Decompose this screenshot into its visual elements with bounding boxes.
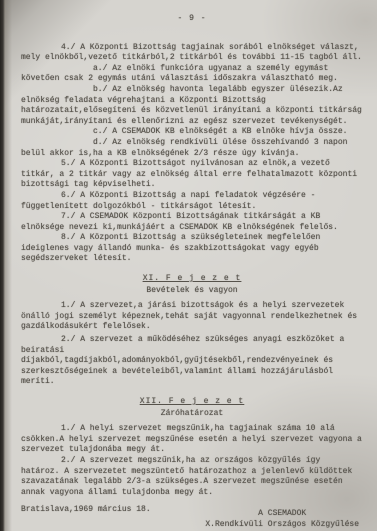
paragraph-4a: a./ Az elnöki funkcióra ugyanaz a személ… — [21, 64, 363, 85]
paragraph-4b: b./ Az elnökség havonta legalább egyszer… — [21, 85, 363, 127]
signature-organization: A CSEMADOK — [205, 509, 359, 520]
chapter-xi-paragraph-1: 1./ A szervezet,a járási bizottságok és … — [21, 301, 363, 333]
scanned-document-page: - 9 - 4./ A Központi Bizottság tagjainak… — [0, 0, 377, 531]
signature-block: A CSEMADOK X.Rendkívüli Országos Közgyűl… — [205, 505, 359, 530]
paragraph-6: 6./ A Központi Bizottság a napi feladato… — [21, 191, 363, 212]
paragraph-7: 7./ A CSEMADOK Központi Bizottságának ti… — [21, 212, 363, 233]
paragraph-5: 5./ A Központi Bizottságot nyilvánosan a… — [21, 159, 363, 191]
chapter-xii-heading: XII. F e j e z e t — [21, 397, 363, 408]
dateline: Bratislava,1969 március 18. — [21, 505, 151, 516]
chapter-xii-subheading: Záróhatározat — [21, 409, 363, 420]
chapter-xi-subheading: Bevételek és vagyon — [21, 286, 363, 297]
signature-body: X.Rendkívüli Országos Közgyűlése — [205, 520, 359, 531]
chapter-xi-heading: XI. F e j e z e t — [21, 274, 363, 285]
document-footer: Bratislava,1969 március 18. A CSEMADOK X… — [21, 505, 363, 530]
paragraph-4c: c./ A CSEMADOK KB elnökségét a KB elnöke… — [21, 127, 363, 138]
chapter-xii-paragraph-1: 1./ A helyi szervezet megszűnik,ha tagja… — [21, 424, 363, 456]
paragraph-4d: d./ Az elnökség rendkívüli ülése összehí… — [21, 138, 363, 159]
chapter-xi-paragraph-2: 2./ A szervezet a működéséhez szükséges … — [21, 335, 363, 388]
paragraph-4: 4./ A Központi Bizottság tagjainak soráb… — [21, 43, 363, 64]
page-number: - 9 - — [21, 14, 363, 25]
paragraph-8: 8./ A Központi Bizottság a szükségletein… — [21, 233, 363, 265]
chapter-xii-paragraph-2: 2./ A szervezet megszűnik,ha az országos… — [21, 456, 363, 498]
